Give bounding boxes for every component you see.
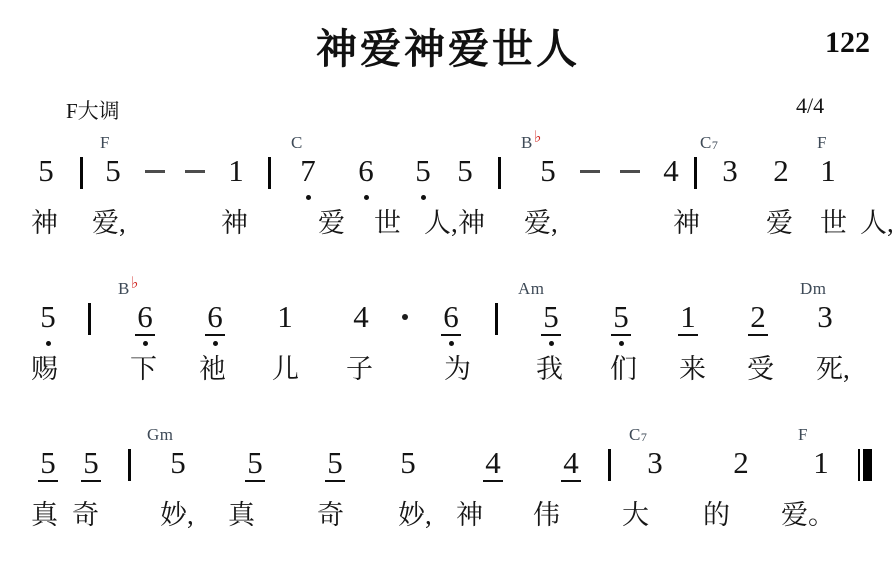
chord-label: C7 xyxy=(629,425,647,447)
lyric-char: 世 xyxy=(820,207,847,239)
barline xyxy=(495,303,498,335)
low-octave-dot xyxy=(143,341,148,346)
low-octave-dot xyxy=(213,341,218,346)
note-digit: 5 xyxy=(37,301,59,349)
note-digit: 5 xyxy=(324,447,346,495)
chord-root: F xyxy=(798,425,808,444)
duration-underline xyxy=(561,480,581,482)
chord-root: F xyxy=(100,133,110,152)
note-digit: 6 xyxy=(355,155,377,203)
lyric-char: 来 xyxy=(679,353,706,385)
lyric-char: 妙, xyxy=(160,499,194,531)
note-value: 5 xyxy=(397,447,419,479)
note-digit: 1 xyxy=(677,301,699,349)
lyric-char: 爱, xyxy=(92,207,126,239)
note-digit: 2 xyxy=(747,301,769,349)
duration-underline xyxy=(678,334,698,336)
chord-label: Am xyxy=(518,279,545,299)
note-digit: 5 xyxy=(80,447,102,495)
note-value: 5 xyxy=(37,447,59,479)
note-digit: 5 xyxy=(540,301,562,349)
chord-label: Gm xyxy=(147,425,174,445)
lyric-char: 妙, xyxy=(398,499,432,531)
duration-underline xyxy=(611,334,631,336)
note-digit: 5 xyxy=(397,447,419,495)
note-value: 1 xyxy=(810,447,832,479)
barline xyxy=(88,303,91,335)
final-barline-thick xyxy=(863,449,872,481)
note-value: 5 xyxy=(324,447,346,479)
note-digit: 2 xyxy=(730,447,752,495)
barline xyxy=(498,157,501,189)
dash-line xyxy=(580,170,600,173)
barline xyxy=(268,157,271,189)
chord-label: Dm xyxy=(800,279,827,299)
lyric-char: 爱 xyxy=(766,207,793,239)
lyric-char: 受 xyxy=(747,353,774,385)
chord-label: F xyxy=(798,425,808,445)
flat-icon: ♭ xyxy=(131,275,139,292)
key-signature-label: F大调 xyxy=(66,95,120,125)
lyric-char: 真 xyxy=(228,499,255,531)
lyric-char: 子 xyxy=(346,353,373,385)
note-value: 4 xyxy=(482,447,504,479)
chord-root: C xyxy=(700,133,712,152)
time-signature: 4/4 xyxy=(796,93,824,119)
lyric-char: 真 xyxy=(31,499,58,531)
barline xyxy=(128,449,131,481)
duration-underline xyxy=(245,480,265,482)
flat-icon: ♭ xyxy=(534,129,542,146)
note-digit: 5 xyxy=(37,447,59,495)
note-digit: 5 xyxy=(537,155,559,203)
duration-underline xyxy=(325,480,345,482)
note-digit: 5 xyxy=(610,301,632,349)
lyric-char: 伟 xyxy=(533,499,560,531)
low-octave-dot xyxy=(421,195,426,200)
note-value: 5 xyxy=(167,447,189,479)
note-value: 4 xyxy=(660,155,682,187)
note-value: 1 xyxy=(274,301,296,333)
note-digit: 5 xyxy=(35,155,57,203)
lyric-char: 的 xyxy=(703,499,730,531)
note-value: 1 xyxy=(677,301,699,333)
low-octave-dot xyxy=(549,341,554,346)
lyric-char: 人, xyxy=(860,207,894,239)
duration-underline xyxy=(205,334,225,336)
note-value: 1 xyxy=(225,155,247,187)
barline xyxy=(608,449,611,481)
chord-root: Gm xyxy=(147,425,174,444)
note-value: 2 xyxy=(770,155,792,187)
page-title: 神爱神爱世人 xyxy=(0,16,896,75)
note-digit: 4 xyxy=(660,155,682,203)
lyric-char: 赐 xyxy=(31,353,58,385)
duration-underline xyxy=(38,480,58,482)
note-digit: 1 xyxy=(274,301,296,349)
lyric-char: 下 xyxy=(130,353,157,385)
lyric-char: 神 xyxy=(673,207,700,239)
note-value: 2 xyxy=(747,301,769,333)
lyric-char: 神 xyxy=(221,207,248,239)
hymn-number: 122 xyxy=(825,26,870,60)
barline xyxy=(694,157,697,189)
duration-underline xyxy=(81,480,101,482)
note-value: 5 xyxy=(412,155,434,187)
note-digit: 5 xyxy=(167,447,189,495)
note-value: 6 xyxy=(355,155,377,187)
note-value: 3 xyxy=(814,301,836,333)
note-value: 6 xyxy=(134,301,156,333)
lyric-char: 祂 xyxy=(199,353,226,385)
note-value: 5 xyxy=(540,301,562,333)
low-octave-dot xyxy=(306,195,311,200)
note-digit: 3 xyxy=(644,447,666,495)
note-digit: 5 xyxy=(244,447,266,495)
note-digit: 1 xyxy=(225,155,247,203)
augmentation-dot xyxy=(402,314,408,320)
duration-underline xyxy=(135,334,155,336)
note-value: 7 xyxy=(297,155,319,187)
chord-label: F xyxy=(100,133,110,153)
chord-label: C7 xyxy=(700,133,718,155)
chord-root: B xyxy=(118,279,130,298)
lyric-char: 死, xyxy=(816,353,850,385)
note-digit: 1 xyxy=(817,155,839,203)
chord-root: Dm xyxy=(800,279,827,298)
lyric-char: 爱 xyxy=(318,207,345,239)
note-digit: 1 xyxy=(810,447,832,495)
chord-label: C xyxy=(291,133,303,153)
note-value: 5 xyxy=(610,301,632,333)
lyric-char: 神 xyxy=(456,499,483,531)
lyric-char: 爱。 xyxy=(781,499,835,531)
chord-root: C xyxy=(629,425,641,444)
duration-underline xyxy=(541,334,561,336)
note-value: 5 xyxy=(80,447,102,479)
barline xyxy=(80,157,83,189)
chord-label: F xyxy=(817,133,827,153)
chord-label: B♭ xyxy=(521,133,542,154)
low-octave-dot xyxy=(364,195,369,200)
note-digit: 4 xyxy=(482,447,504,495)
music-system-3: GmC7F55555544321真奇妙,真奇妙,神伟大的爱。 xyxy=(0,425,896,565)
note-value: 5 xyxy=(35,155,57,187)
low-octave-dot xyxy=(46,341,51,346)
note-value: 2 xyxy=(730,447,752,479)
lyric-char: 奇 xyxy=(317,499,344,531)
note-digit: 7 xyxy=(297,155,319,203)
note-value: 5 xyxy=(537,155,559,187)
final-barline xyxy=(858,449,873,481)
note-value: 4 xyxy=(350,301,372,333)
low-octave-dot xyxy=(449,341,454,346)
chord-root: B xyxy=(521,133,533,152)
note-value: 4 xyxy=(560,447,582,479)
note-digit: 6 xyxy=(134,301,156,349)
music-system-1: FCB♭C7F551765554321神爱,神爱世人,神爱,神爱世人, xyxy=(0,133,896,273)
chord-extension: 7 xyxy=(712,138,719,152)
lyric-char: 神 xyxy=(31,207,58,239)
dash-line xyxy=(145,170,165,173)
lyric-char: 儿 xyxy=(272,353,299,385)
note-digit: 4 xyxy=(350,301,372,349)
duration-underline xyxy=(483,480,503,482)
chord-label: B♭ xyxy=(118,279,139,300)
final-barline-thin xyxy=(858,449,860,481)
chord-root: C xyxy=(291,133,303,152)
lyric-char: 世 xyxy=(374,207,401,239)
note-value: 5 xyxy=(244,447,266,479)
lyric-char: 奇 xyxy=(72,499,99,531)
note-digit: 6 xyxy=(440,301,462,349)
lyric-char: 人, xyxy=(424,207,458,239)
lyric-char: 爱, xyxy=(524,207,558,239)
note-digit: 4 xyxy=(560,447,582,495)
dash-line xyxy=(620,170,640,173)
note-value: 5 xyxy=(102,155,124,187)
note-value: 5 xyxy=(37,301,59,333)
note-digit: 3 xyxy=(814,301,836,349)
note-value: 6 xyxy=(204,301,226,333)
chord-extension: 7 xyxy=(641,430,648,444)
note-digit: 5 xyxy=(454,155,476,203)
note-digit: 5 xyxy=(102,155,124,203)
note-digit: 5 xyxy=(412,155,434,203)
lyric-char: 大 xyxy=(622,499,649,531)
note-value: 3 xyxy=(644,447,666,479)
note-digit: 3 xyxy=(719,155,741,203)
note-value: 3 xyxy=(719,155,741,187)
lyric-char: 们 xyxy=(610,353,637,385)
lyric-char: 我 xyxy=(536,353,563,385)
lyric-char: 神 xyxy=(458,207,485,239)
duration-underline xyxy=(748,334,768,336)
duration-underline xyxy=(441,334,461,336)
note-digit: 2 xyxy=(770,155,792,203)
note-value: 5 xyxy=(454,155,476,187)
chord-root: F xyxy=(817,133,827,152)
note-value: 6 xyxy=(440,301,462,333)
note-digit: 6 xyxy=(204,301,226,349)
chord-root: Am xyxy=(518,279,545,298)
dash-line xyxy=(185,170,205,173)
music-system-2: B♭AmDm56614655123赐下祂儿子为我们来受死, xyxy=(0,279,896,419)
hymn-sheet: 神爱神爱世人 122 F大调 4/4 FCB♭C7F551765554321神爱… xyxy=(0,0,896,582)
lyric-char: 为 xyxy=(444,353,471,385)
note-value: 1 xyxy=(817,155,839,187)
low-octave-dot xyxy=(619,341,624,346)
